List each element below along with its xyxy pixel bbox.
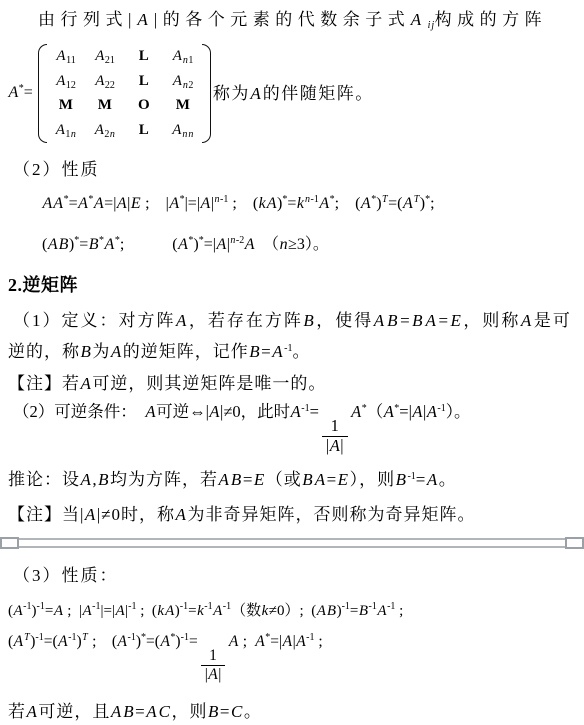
math-variable: A [94,122,104,138]
superscript: -1 [181,632,189,643]
math-variable: B [326,603,336,619]
math-variable: B [58,236,69,253]
superscript: * [115,235,120,246]
subscript: 1n [65,129,76,140]
math-variable: A [218,470,230,489]
math-variable: B [230,470,242,489]
math-variable: M [58,97,73,113]
superscript: * [330,194,335,205]
math-variable: n [230,235,236,246]
math-variable: n [182,55,188,66]
page-break-right-marker [565,537,584,549]
subscript: n1 [182,55,193,66]
superscript: -1 [37,601,45,612]
math-variable: A [58,633,68,650]
math-variable: B [123,702,135,721]
math-variable: B [249,342,261,361]
page-break-bottom-line [0,546,584,548]
superscript: n-1 [214,194,228,205]
superscript: * [282,194,287,205]
math-variable: A [47,236,58,253]
superscript: -1 [284,343,292,354]
math-variable: A [82,603,92,619]
math-variable: A [80,374,92,393]
matrix-cell: L [132,72,156,92]
page-break-left-marker [0,537,19,549]
matrix-right-paren [202,44,211,143]
math-variable: E [337,470,349,489]
superscript: * [188,235,193,246]
math-variable: A [110,702,122,721]
math-variable: n [188,129,194,140]
subscript: 22 [105,80,115,91]
inverse-definition-line1: （1）定义：对方阵A，若存在方阵B，使得AB=BA=E，则称A是可 [8,310,576,332]
fraction-numerator: 1 [205,647,221,665]
subscript: nn [182,129,194,140]
math-variable: A [176,311,189,330]
bold-dots-placeholder: L [138,48,149,64]
matrix-lhs: A*= [8,83,33,104]
subscript: 11 [66,55,76,66]
math-variable: M [175,97,190,113]
page-break-top-line [0,538,584,540]
math-variable: A [115,603,125,619]
bold-dots-placeholder: L [138,73,149,89]
math-variable: A [172,48,182,64]
superscript: -1 [35,632,43,643]
matrix-cell: An1 [171,47,195,67]
math-variable: A [137,10,154,29]
math-variable: A [117,633,127,650]
math-variable: A [104,236,115,253]
math-variable: A [160,633,170,650]
matrix-cell: L [132,121,156,141]
math-variable: E [450,311,463,330]
superscript: * [371,194,376,205]
matrix-cell: A2n [93,121,117,141]
math-variable: A [146,702,158,721]
math-variable: T [24,632,31,643]
superscript: -1 [204,601,212,612]
math-variable: k [296,195,304,212]
matrix-cell: A1n [54,121,78,141]
math-variable: C [230,702,243,721]
math-variable: T [413,194,420,205]
bold-dots-placeholder: M [58,97,73,113]
math-variable: A [169,195,180,212]
superscript: -1 [301,403,309,414]
math-variable: A [426,470,438,489]
superscript: * [170,632,175,643]
math-variable: n [279,236,288,253]
math-variable: A [84,505,96,524]
math-variable: B [208,702,220,721]
page-break-divider [0,537,584,550]
matrix-cell: M [93,96,117,116]
math-variable: B [80,342,92,361]
matrix-cell: A11 [54,47,78,67]
math-variable: n [182,80,188,91]
math-variable: A [255,633,265,650]
fraction-denominator: |A| [201,665,226,684]
invertibility-condition: （2）可逆条件： A可逆⇔|A|≠0，此时A-1=1|A|A*（A*=|A|A-… [8,401,576,456]
superscript: -1 [180,601,188,612]
math-variable: B [358,603,368,619]
fraction: 1|A| [201,647,226,684]
math-variable: A [425,311,438,330]
matrix-grid: A11A21LAn1A12A22LAn2MMOMA1nA2nLAnn [47,42,202,145]
bold-dots-placeholder: L [138,122,149,138]
math-variable: A [228,633,238,650]
superscript: -1 [23,601,31,612]
superscript: -1 [437,403,445,414]
superscript: T [24,632,31,643]
math-variable: B [412,311,425,330]
math-variable: A [13,603,23,619]
math-variable: A [56,48,66,64]
math-variable: A [360,195,371,212]
math-variable: A [209,402,220,421]
math-variable: A [95,73,105,89]
superscript: T [82,632,89,643]
matrix-cell: A12 [54,72,78,92]
math-variable: A [42,195,53,212]
adjugate-properties-line2: (AB)*=B*A*; (A*)*=|A|n-2A （n≥3）。 [42,235,576,256]
math-variable: A [95,48,105,64]
math-variable: A [116,195,127,212]
math-variable: A [172,73,182,89]
superscript: -1 [407,471,415,482]
math-variable: E [253,470,265,489]
superscript: -1 [223,601,231,612]
matrix-cell: An2 [171,72,195,92]
superscript: n-2 [230,235,244,246]
math-variable: B [395,470,407,489]
math-variable: A [402,195,413,212]
inverse-properties-heading: （3）性质： [8,565,576,587]
math-variable: A [208,666,218,683]
superscript: * [199,235,204,246]
math-variable: B [303,311,316,330]
document-page: 由行列式|A|的各个元素的代数余子式Aij构成的方阵 A*= A11A21LAn… [0,0,584,725]
math-variable: A [56,73,66,89]
math-variable: M [97,97,112,113]
math-variable: E [130,195,141,212]
math-variable: A [53,603,63,619]
fraction-denominator: |A| [322,436,348,456]
matrix-cell: O [132,96,156,116]
math-variable: O [137,97,150,113]
inverse-definition-line2: 逆的，称B为A的逆矩阵，记作B=A-1。 [8,341,576,363]
subscript: 21 [105,55,115,66]
superscript: * [180,194,185,205]
matrix-cell: A22 [93,72,117,92]
inverse-properties-line2: (AT)-1=(A-1)T ; (A-1)*=(A*)-1=1|A|A ; A*… [8,632,576,684]
superscript: -1 [306,632,314,643]
superscript: * [265,632,270,643]
math-variable: A [26,702,38,721]
math-variable: A [200,195,211,212]
math-variable: A [8,84,19,101]
superscript: * [19,83,24,94]
math-variable: n [70,129,76,140]
math-variable: A [93,195,104,212]
math-variable: A [426,402,437,421]
math-variable: L [138,122,149,138]
math-variable: A [290,402,301,421]
math-variable: A [410,10,427,29]
math-variable: n [109,129,115,140]
fraction-numerator: 1 [327,417,343,436]
math-variable: C [158,702,171,721]
math-variable: B [98,470,110,489]
matrix-cell: L [132,47,156,67]
superscript: -1 [128,601,136,612]
math-variable: A [244,236,255,253]
superscript: T [382,194,389,205]
subscript: ij [427,20,435,31]
superscript: * [64,194,69,205]
math-variable: A [178,236,189,253]
math-variable: A [78,195,89,212]
superscript: * [425,194,430,205]
superscript: * [362,403,367,414]
superscript: -1 [387,601,395,612]
math-variable: A [266,195,277,212]
adjugate-properties-line1: AA*=A*A=|A|E ; |A*|=|A|n-1 ; (kA)*=kn-1A… [42,194,576,215]
matrix-cell: Ann [171,121,195,141]
math-variable: T [382,194,389,205]
math-variable: k [157,603,165,619]
matrix-cell: M [171,96,195,116]
inverse-matrix-heading: 2.逆矩阵 [8,274,576,297]
math-variable: A [145,402,156,421]
matrix-suffix: 称为A的伴随矩阵。 [213,83,374,105]
math-variable: A [172,122,182,138]
math-variable: A [373,311,386,330]
superscript: -1 [68,632,76,643]
math-variable: A [250,84,263,103]
math-variable: A [329,436,340,455]
singular-matrix-note: 【注】当|A|≠0时，称A为非奇异矩阵，否则称为奇异矩阵。 [8,504,576,526]
math-variable: A [216,236,227,253]
bold-dots-placeholder: M [175,97,190,113]
superscript: -1 [128,632,136,643]
math-variable: A [383,402,394,421]
adjugate-matrix-equation: A*= A11A21LAn1A12A22LAn2MMOMA1nA2nLAnn 称… [8,42,576,145]
math-variable: A [296,633,306,650]
math-variable: L [138,48,149,64]
superscript: * [141,632,146,643]
superscript: * [394,403,399,414]
adjugate-properties-heading: （2）性质 [8,159,576,181]
matrix-cell: A21 [93,47,117,67]
matrix-left-paren [38,44,47,143]
math-variable: A [520,311,533,330]
fraction: 1|A| [322,417,348,456]
math-variable: A [53,195,64,212]
math-variable: A [80,470,92,489]
superscript: -1 [342,601,350,612]
math-variable: A [110,342,122,361]
subscript: 2n [104,129,115,140]
uniqueness-note: 【注】若A可逆，则其逆矩阵是唯一的。 [8,373,576,395]
math-variable: j [431,20,435,31]
superscript: -1 [92,601,100,612]
math-variable: A [165,603,175,619]
math-variable: B [387,311,400,330]
math-variable: n [182,129,188,140]
math-variable: n [305,194,311,205]
intro-paragraph: 由行列式|A|的各个元素的代数余子式Aij构成的方阵 [8,0,576,31]
math-variable: A [55,122,65,138]
superscript: -1 [369,601,377,612]
math-variable: T [82,632,89,643]
math-variable: B [302,470,314,489]
subscript: n2 [182,80,193,91]
math-variable: A [13,633,23,650]
cancellation-property: 若A可逆，且AB=AC，则B=C。 [8,701,576,723]
math-variable: A [314,470,326,489]
math-variable: B [88,236,99,253]
math-variable: A [412,402,423,421]
math-variable: A [316,603,326,619]
math-variable: A [213,603,223,619]
matrix-cell: M [54,96,78,116]
math-variable: A [272,342,284,361]
math-variable: A [319,195,330,212]
math-variable: k [261,603,269,619]
math-variable: A [282,633,292,650]
corollary-paragraph: 推论：设A,B均为方阵，若AB=E（或BA=E），则B-1=A。 [8,469,576,491]
bold-dots-placeholder: O [137,97,150,113]
math-variable: A [351,402,362,421]
math-variable: L [138,73,149,89]
superscript: n-1 [305,194,319,205]
superscript: * [74,235,79,246]
bold-dots-placeholder: M [97,97,112,113]
superscript: T [413,194,420,205]
math-variable: A [175,505,187,524]
math-variable: A [377,603,387,619]
subscript: 12 [66,80,76,91]
inverse-properties-line1: (A-1)-1=A ; |A-1|=|A|-1 ; (kA)-1=k-1A-1（… [8,602,576,622]
math-variable: n [214,194,220,205]
